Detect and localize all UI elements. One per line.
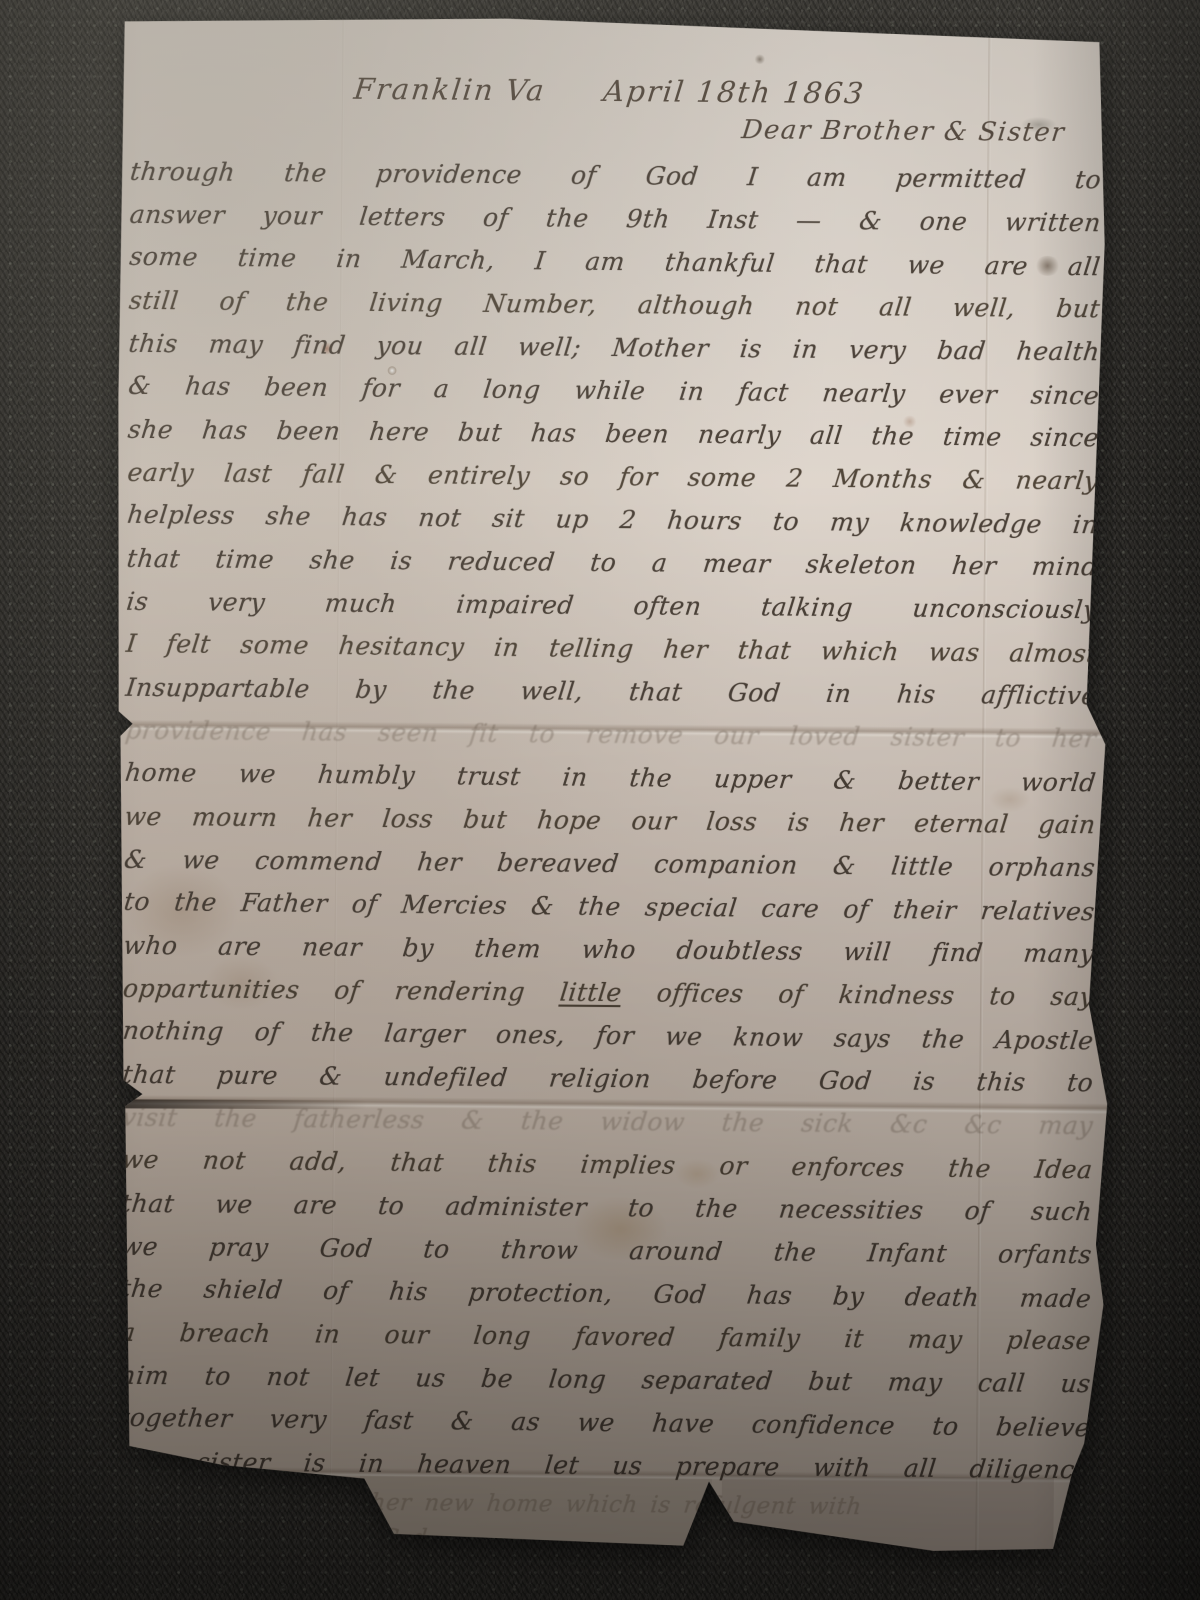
letter-paper: Franklin VaApril 18th 1863 Dear Brother … [98,14,1116,1553]
paper-wrap: Franklin VaApril 18th 1863 Dear Brother … [98,14,1116,1553]
letter-line: G d [379,1520,1092,1564]
letter-content: Franklin VaApril 18th 1863 Dear Brother … [98,14,1116,1564]
dateline: Franklin VaApril 18th 1863 [352,72,1104,112]
salutation: Dear Brother & Sister [740,115,1067,148]
letter-photograph: Franklin VaApril 18th 1863 Dear Brother … [0,0,1200,1600]
dateline-place: Franklin Va [352,72,547,108]
dateline-date: April 18th 1863 [602,74,867,110]
letter-line: our sister is in heaven let us prepare w… [117,1440,1093,1491]
letter-body: through the providence of God I am permi… [118,150,1101,1563]
